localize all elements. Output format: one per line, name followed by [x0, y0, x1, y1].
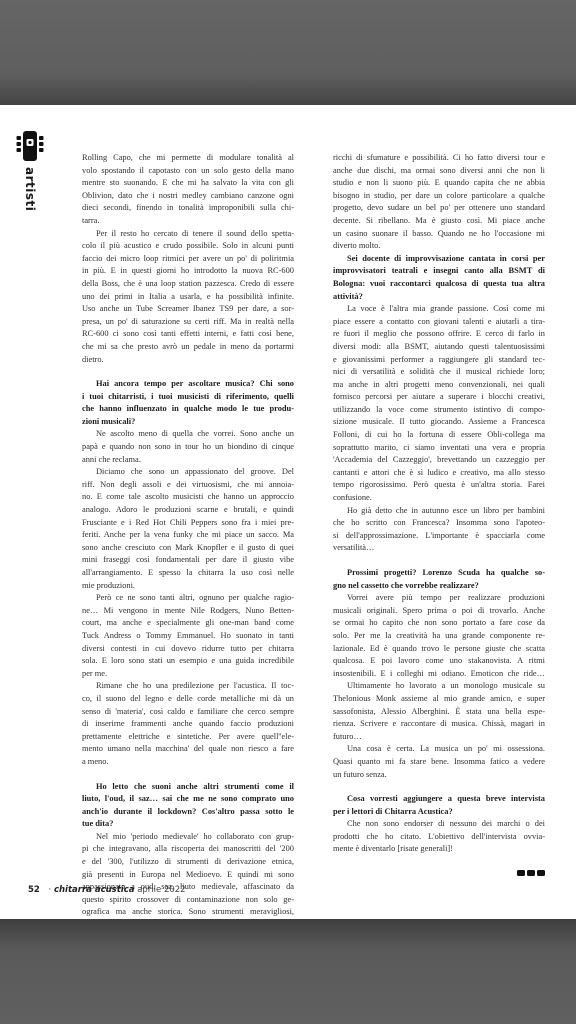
interview-question-line: Hai ancora tempo per ascoltare musica? C…: [82, 378, 294, 391]
article-text-line: Diciamo che sono un appassionato del gro…: [82, 466, 294, 479]
article-text-line: sola. E loro sono stati un esempio e una…: [82, 655, 294, 668]
article-text-line: a meno.: [82, 756, 294, 769]
article-text-line: Frusciante e i Red Hot Chili Peppers son…: [82, 517, 294, 530]
article-text-line: pi che integravano, alla riscoperta dei …: [82, 843, 294, 856]
interview-question-line: anch'io durante il lockdown? Cos'altro p…: [82, 806, 294, 819]
article-text-line: ne… Mi vengono in mente Nile Rodgers, Nu…: [82, 605, 294, 618]
article-text-line: e del '300, l'utilizzo di strumenti di d…: [82, 856, 294, 869]
article-text-line: volo spostando il capotasto con un solo …: [82, 165, 294, 178]
paragraph-gap: [82, 366, 294, 378]
interview-question-line: zioni musicali?: [82, 416, 294, 429]
article-text-line: per me.: [82, 668, 294, 681]
article-text-line: questo spirito crossover di contaminazio…: [82, 894, 294, 907]
article-text-line: insostenibili. E i colleghi mi odiano. E…: [333, 668, 545, 681]
article-text-line: mente è diventarlo [risate generali]!: [333, 843, 545, 856]
article-text-line: anche due dischi, ma ormai sono diversi …: [333, 165, 545, 178]
article-text-line: diversi modi: alla BSMT, aiutando questi…: [333, 341, 545, 354]
article-text-line: nici di versatilità e solidità che il mu…: [333, 366, 545, 379]
article-text-line: Rimane che ho una predilezione per l'acu…: [82, 680, 294, 693]
article-text-line: di inserirne frammenti anche quando facc…: [82, 718, 294, 731]
article-text-line: soprattutto marito, ci siamo inventati u…: [333, 442, 545, 455]
article-text-line: papà e quando non sono in tour ho un bio…: [82, 441, 294, 454]
article-text-line: Vorrei avere più tempo per realizzare pr…: [333, 592, 545, 605]
interview-question-line: Cosa vorresti aggiungere a questa breve …: [333, 793, 545, 806]
article-text-line: mentre sto suonando. E che mi ha salvato…: [82, 177, 294, 190]
article-text-line: un futuro senza.: [333, 769, 545, 782]
interview-question-line: Sei docente di improvvisazione cantata i…: [333, 253, 545, 266]
guitar-headstock-a-icon: [16, 129, 44, 163]
article-text-line: Thelonious Monk assieme al mio grande am…: [333, 693, 545, 706]
article-text-line: 'Accademia del Cazzeggio', brevettando u…: [333, 454, 545, 467]
viewer-bottom-background: [0, 919, 576, 1024]
article-text-line: solo. Per me la creatività ha una grande…: [333, 630, 545, 643]
article-text-line: Che non sono endorser di nessuno dei mar…: [333, 818, 545, 831]
article-text-line: confusione.: [333, 492, 545, 505]
article-text-line: dietro.: [82, 354, 294, 367]
interview-question-line: tue dita?: [82, 818, 294, 831]
article-text-line: tempo rigorosissimo. Però questa è un'al…: [333, 479, 545, 492]
article-text-line: dieci secondi, finendo in tonalità impro…: [82, 202, 294, 215]
article-text-line: fornisco percorsi per aiutare a superare…: [333, 391, 545, 404]
article-text-line: prettamente elettriche e sintetiche. Per…: [82, 731, 294, 744]
article-text-line: Però ce ne sono tanti altri, ognuno per …: [82, 592, 294, 605]
article-text-line: ma anche in altri progetti meno convenzi…: [333, 379, 545, 392]
article-text-line: della Boss, che è una loop station pazze…: [82, 278, 294, 291]
article-text-line: Ultimamente ho lavorato a un monologo mu…: [333, 680, 545, 693]
article-text-line: progetto, devo sudare un bel po' per ott…: [333, 202, 545, 215]
article-text-line: diversi contesti in cui dovevo ridurre t…: [82, 643, 294, 656]
article-text-line: senso di 'materia', così caldo e familia…: [82, 706, 294, 719]
interview-question-line: che hanno influenzato in qualche modo le…: [82, 403, 294, 416]
article-text-line: court, ma anche e specialmente gli one-m…: [82, 617, 294, 630]
article-text-line: analogo. Adoro le produzioni scarne e br…: [82, 504, 294, 517]
article-text-line: se ormai ho capito che non sono portato …: [333, 617, 545, 630]
article-text-line: versatilità…: [333, 542, 545, 555]
end-of-article-icon: [333, 870, 545, 876]
article-text-line: utilizzando la voce come strumento istin…: [333, 404, 545, 417]
article-text-line: co, il suono del legno e delle corde met…: [82, 693, 294, 706]
interview-question-line: per i lettori di Chitarra Acustica?: [333, 806, 545, 819]
paragraph-gap: [333, 555, 545, 567]
article-text-line: piace essere a contatto con giovani tale…: [333, 316, 545, 329]
page-number: 52: [28, 885, 40, 895]
paragraph-gap: [333, 781, 545, 793]
article-text-line: mento umano nella macchina' del quale no…: [82, 743, 294, 756]
interview-question-line: i tuoi chitarristi, i tuoi musicisti di …: [82, 391, 294, 404]
article-text-line: sassofonista, Alessio Alberghini. È stat…: [333, 706, 545, 719]
article-text-line: RC-600 ci sono così tanti effetti intern…: [82, 328, 294, 341]
article-text-line: Tuck Andress o Tommy Emmanuel. Ho suonat…: [82, 630, 294, 643]
article-text-line: che mi sa che presto avrò un pedale in m…: [82, 341, 294, 354]
article-text-line: colo il più acustico e crudo possibile. …: [82, 240, 294, 253]
paragraph-gap: [82, 769, 294, 781]
article-text-line: Rolling Capo, che mi permette di modular…: [82, 152, 294, 165]
article-text-line: un casino suonare il basso. Quando ne ho…: [333, 228, 545, 241]
article-text-line: Una cosa è certa. La musica un po' mi os…: [333, 743, 545, 756]
article-text-line: ricchi di sfumature e possibilità. Ci ho…: [333, 152, 545, 165]
interview-question-line: Bologna: vuoi raccontarci qualcosa di qu…: [333, 278, 545, 291]
viewer-top-background: [0, 0, 576, 105]
article-text-line: all'arrangiamento. E spesso la chitarra …: [82, 567, 294, 580]
magazine-page: artisti Rolling Capo, che mi permette di…: [0, 105, 576, 919]
article-text-line: anni che reclama.: [82, 454, 294, 467]
article-text-line: diverto molto.: [333, 240, 545, 253]
article-text-line: decente. Si ribellano. Ma è giusto così.…: [333, 215, 545, 228]
article-text-line: Ho già detto che in autunno esce un libr…: [333, 505, 545, 518]
article-text-line: feriti. Anche per la vena funky che mi p…: [82, 529, 294, 542]
interview-question-line: Ho letto che suoni anche altri strumenti…: [82, 781, 294, 794]
article-text-line: presa, un po' di saturazione su certi ri…: [82, 316, 294, 329]
article-text-line: si dell'approssimazione. L'importante è …: [333, 530, 545, 543]
article-text-line: Ne ascolto meno di quella che vorrei. So…: [82, 428, 294, 441]
article-text-line: Per il resto ho cercato di tenere il sou…: [82, 228, 294, 241]
article-text-line: che ho scritto con Francesca? Insomma so…: [333, 517, 545, 530]
article-text-line: sono anche cresciuto con Mark Knopfler e…: [82, 542, 294, 555]
interview-question-line: liuto, l'oud, il saz… sai che me ne sono…: [82, 793, 294, 806]
article-text-line: no. E come tale ascolto musicisti che ha…: [82, 491, 294, 504]
article-text-line: La voce è l'altra mia grande passione. C…: [333, 303, 545, 316]
article-column-left: Rolling Capo, che mi permette di modular…: [82, 152, 294, 919]
article-text-line: e giovanissimi performer a raggiungere g…: [333, 354, 545, 367]
section-label: artisti: [23, 167, 37, 211]
article-text-line: bisogno in studio, per dare un colore pa…: [333, 190, 545, 203]
article-text-line: uno dei primi in Italia a usarla, e ha p…: [82, 291, 294, 304]
article-column-right: ricchi di sfumature e possibilità. Ci ho…: [333, 152, 545, 876]
article-text-line: re fuori il meglio che possono offrire. …: [333, 328, 545, 341]
article-text-line: mini fraseggi così fondamentali per dare…: [82, 554, 294, 567]
article-text-line: lazionale. Ed è quando trovo le persone …: [333, 643, 545, 656]
article-text-line: Quasi quanto mi fa stare bene. Insomma f…: [333, 756, 545, 769]
article-text-line: già presenti in Europa nel Medioevo. E q…: [82, 869, 294, 882]
article-text-line: tarra.: [82, 215, 294, 228]
article-text-line: sizione musicale. Il tutto giocando. Ass…: [333, 416, 545, 429]
article-text-line: Folloni, di cui ho la fortuna di essere …: [333, 429, 545, 442]
article-text-line: Oblivion, dato che i nostri medley cambi…: [82, 190, 294, 203]
article-text-line: riff. Non degli assoli e dei virtuosismi…: [82, 479, 294, 492]
article-text-line: cantanti e attori che è sì ludico e crea…: [333, 467, 545, 480]
footer-separator: ·: [49, 885, 52, 895]
interview-question-line: Prossimi progetti? Lorenzo Scuda ha qual…: [333, 567, 545, 580]
article-text-line: musicali originali. Spero prima o poi di…: [333, 605, 545, 618]
article-text-line: in più. E in questi giorni ho introdotto…: [82, 265, 294, 278]
article-text-line: faccio dei micro loop ritmici per avere …: [82, 253, 294, 266]
issue-date: aprile 2022: [137, 885, 185, 895]
interview-question-line: attività?: [333, 291, 545, 304]
article-text-line: prodotti che ho citato. L'obiettivo dell…: [333, 831, 545, 844]
article-text-line: rienza. Scrivere e raccontare di musica.…: [333, 718, 545, 731]
article-text-line: mie produzioni.: [82, 580, 294, 593]
article-text-line: Nel mio 'periodo medievale' ho collabora…: [82, 831, 294, 844]
magazine-name: chitarra acustica: [54, 885, 135, 895]
article-text-line: ografica ma anche storica. Sono strument…: [82, 906, 294, 919]
interview-question-line: gno nel cassetto che vorrebbe realizzare…: [333, 580, 545, 593]
article-text-line: Uso anche un Tube Screamer Ibanez TS9 pe…: [82, 303, 294, 316]
article-text-line: qualcosa. E poi lavoro come uno stakanov…: [333, 655, 545, 668]
page-footer: 52 · chitarra acustica aprile 2022: [28, 885, 186, 895]
interview-question-line: improvvisatori teatrali e insegni canto …: [333, 265, 545, 278]
article-text-line: futuro…: [333, 731, 545, 744]
article-text-line: studio e non li suono più. E quando capi…: [333, 177, 545, 190]
